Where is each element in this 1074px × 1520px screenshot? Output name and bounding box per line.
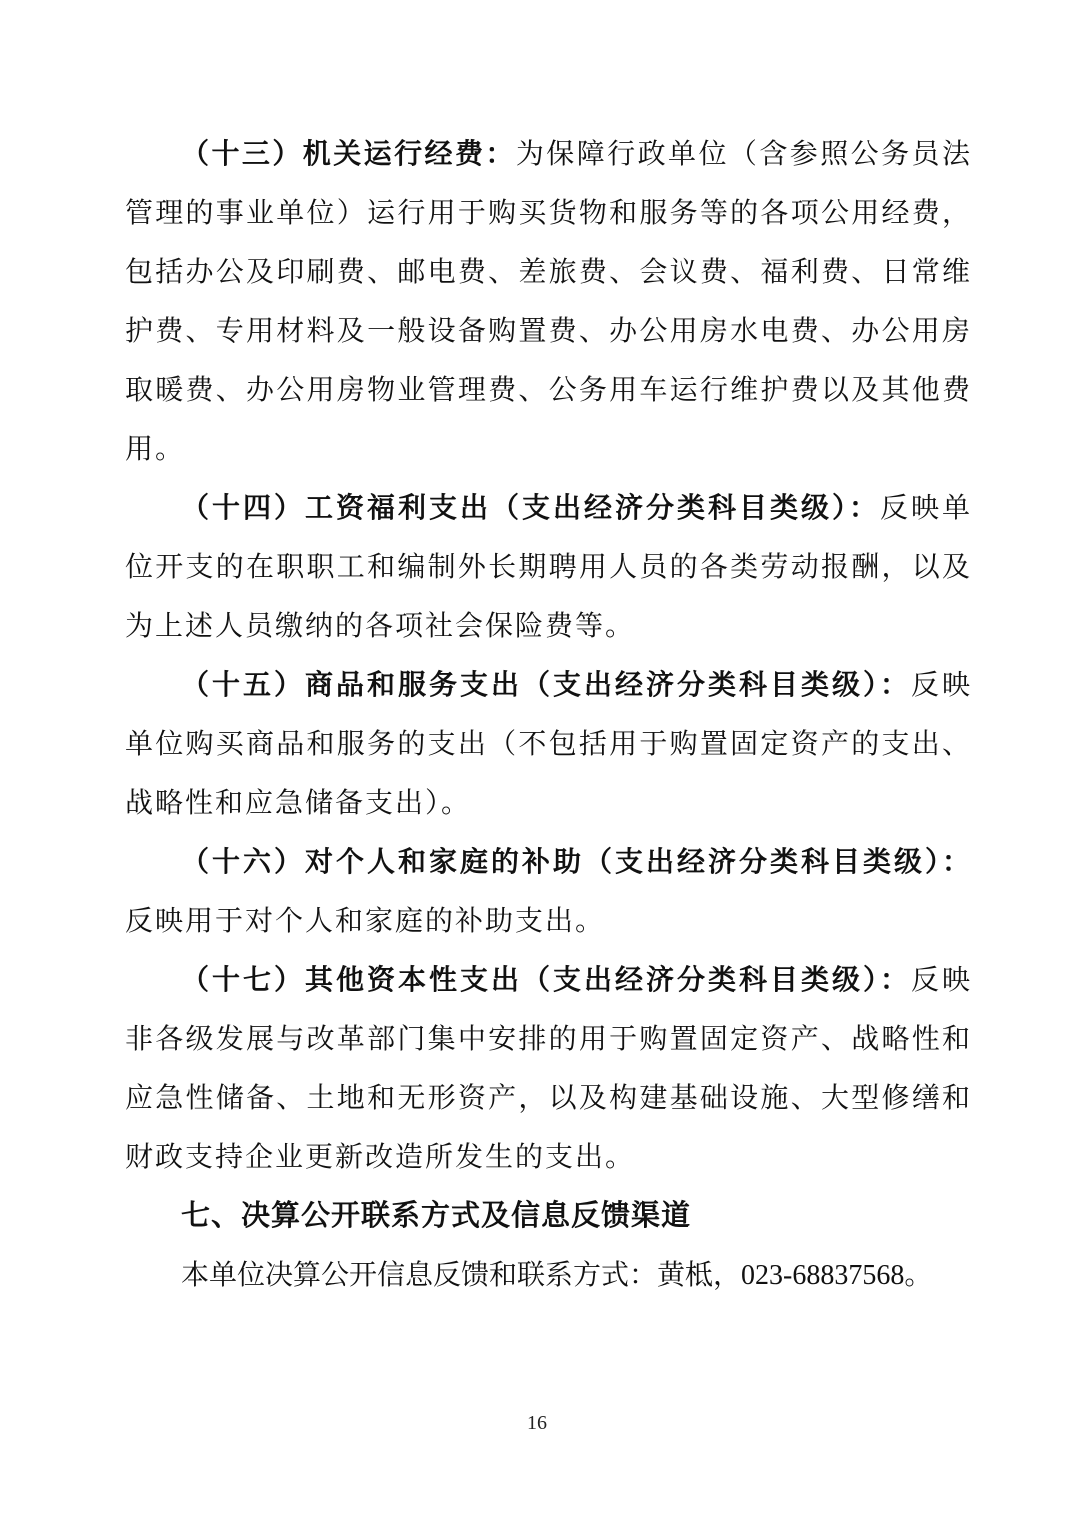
text-segment: 反映单 <box>880 493 970 524</box>
text-line: 位开支的在职职工和编制外长期聘用人员的各类劳动报酬，以及 <box>125 538 970 597</box>
bold-text-segment: （十三）机关运行经费： <box>181 139 516 170</box>
text-segment: 反映 <box>911 965 970 996</box>
bold-text-segment: 七、决算公开联系方式及信息反馈渠道 <box>181 1200 691 1232</box>
text-line: 管理的事业单位）运行用于购买货物和服务等的各项公用经费， <box>125 184 970 243</box>
text-segment: 应急性储备、土地和无形资产，以及构建基础设施、大型修缮和 <box>125 1083 970 1114</box>
text-line: （十四）工资福利支出（支出经济分类科目类级）：反映单 <box>125 479 970 538</box>
text-segment: 取暖费、办公用房物业管理费、公务用车运行维护费以及其他费 <box>125 375 970 406</box>
text-segment: 包括办公及印刷费、邮电费、差旅费、会议费、福利费、日常维 <box>125 257 970 288</box>
text-segment: 为保障行政单位（含参照公务员法 <box>516 139 970 170</box>
text-segment: 单位购买商品和服务的支出（不包括用于购置固定资产的支出、 <box>125 729 970 760</box>
text-line: 单位购买商品和服务的支出（不包括用于购置固定资产的支出、 <box>125 715 970 774</box>
section-heading: 七、决算公开联系方式及信息反馈渠道 <box>125 1187 970 1246</box>
text-segment: 用。 <box>125 434 185 465</box>
page-number: 16 <box>0 1408 1074 1438</box>
text-segment: 护费、专用材料及一般设备购置费、办公用房水电费、办公用房 <box>125 316 970 347</box>
text-segment: 财政支持企业更新改造所发生的支出。 <box>125 1142 635 1173</box>
text-line: （十五）商品和服务支出（支出经济分类科目类级）：反映 <box>125 656 970 715</box>
text-line: 应急性储备、土地和无形资产，以及构建基础设施、大型修缮和 <box>125 1069 970 1128</box>
document-page: （十三）机关运行经费：为保障行政单位（含参照公务员法管理的事业单位）运行用于购买… <box>0 0 1074 1520</box>
text-line: 护费、专用材料及一般设备购置费、办公用房水电费、办公用房 <box>125 302 970 361</box>
text-segment: 本单位决算公开信息反馈和联系方式：黄柢，023-68837568。 <box>181 1260 932 1291</box>
document-body: （十三）机关运行经费：为保障行政单位（含参照公务员法管理的事业单位）运行用于购买… <box>125 125 970 1305</box>
text-line: 非各级发展与改革部门集中安排的用于购置固定资产、战略性和 <box>125 1010 970 1069</box>
text-segment: 非各级发展与改革部门集中安排的用于购置固定资产、战略性和 <box>125 1024 970 1055</box>
text-segment: 位开支的在职职工和编制外长期聘用人员的各类劳动报酬，以及 <box>125 552 970 583</box>
text-segment: 战略性和应急储备支出）。 <box>125 788 471 819</box>
bold-text-segment: （十六）对个人和家庭的补助（支出经济分类科目类级）： <box>181 847 970 878</box>
bold-text-segment: （十四）工资福利支出（支出经济分类科目类级）： <box>181 493 880 524</box>
text-segment: 反映 <box>911 670 970 701</box>
text-line: （十三）机关运行经费：为保障行政单位（含参照公务员法 <box>125 125 970 184</box>
text-segment: 反映用于对个人和家庭的补助支出。 <box>125 906 605 937</box>
bold-text-segment: （十五）商品和服务支出（支出经济分类科目类级）： <box>181 670 911 701</box>
text-line: 为上述人员缴纳的各项社会保险费等。 <box>125 597 970 656</box>
bold-text-segment: （十七）其他资本性支出（支出经济分类科目类级）： <box>181 965 911 996</box>
text-segment: 管理的事业单位）运行用于购买货物和服务等的各项公用经费， <box>125 198 970 229</box>
text-line: 反映用于对个人和家庭的补助支出。 <box>125 892 970 951</box>
text-line: 包括办公及印刷费、邮电费、差旅费、会议费、福利费、日常维 <box>125 243 970 302</box>
text-segment: 为上述人员缴纳的各项社会保险费等。 <box>125 611 635 642</box>
text-line: （十七）其他资本性支出（支出经济分类科目类级）：反映 <box>125 951 970 1010</box>
text-line: 用。 <box>125 420 970 479</box>
text-line: 财政支持企业更新改造所发生的支出。 <box>125 1128 970 1187</box>
text-line: （十六）对个人和家庭的补助（支出经济分类科目类级）： <box>125 833 970 892</box>
text-line: 本单位决算公开信息反馈和联系方式：黄柢，023-68837568。 <box>125 1246 970 1305</box>
text-line: 取暖费、办公用房物业管理费、公务用车运行维护费以及其他费 <box>125 361 970 420</box>
text-line: 战略性和应急储备支出）。 <box>125 774 970 833</box>
